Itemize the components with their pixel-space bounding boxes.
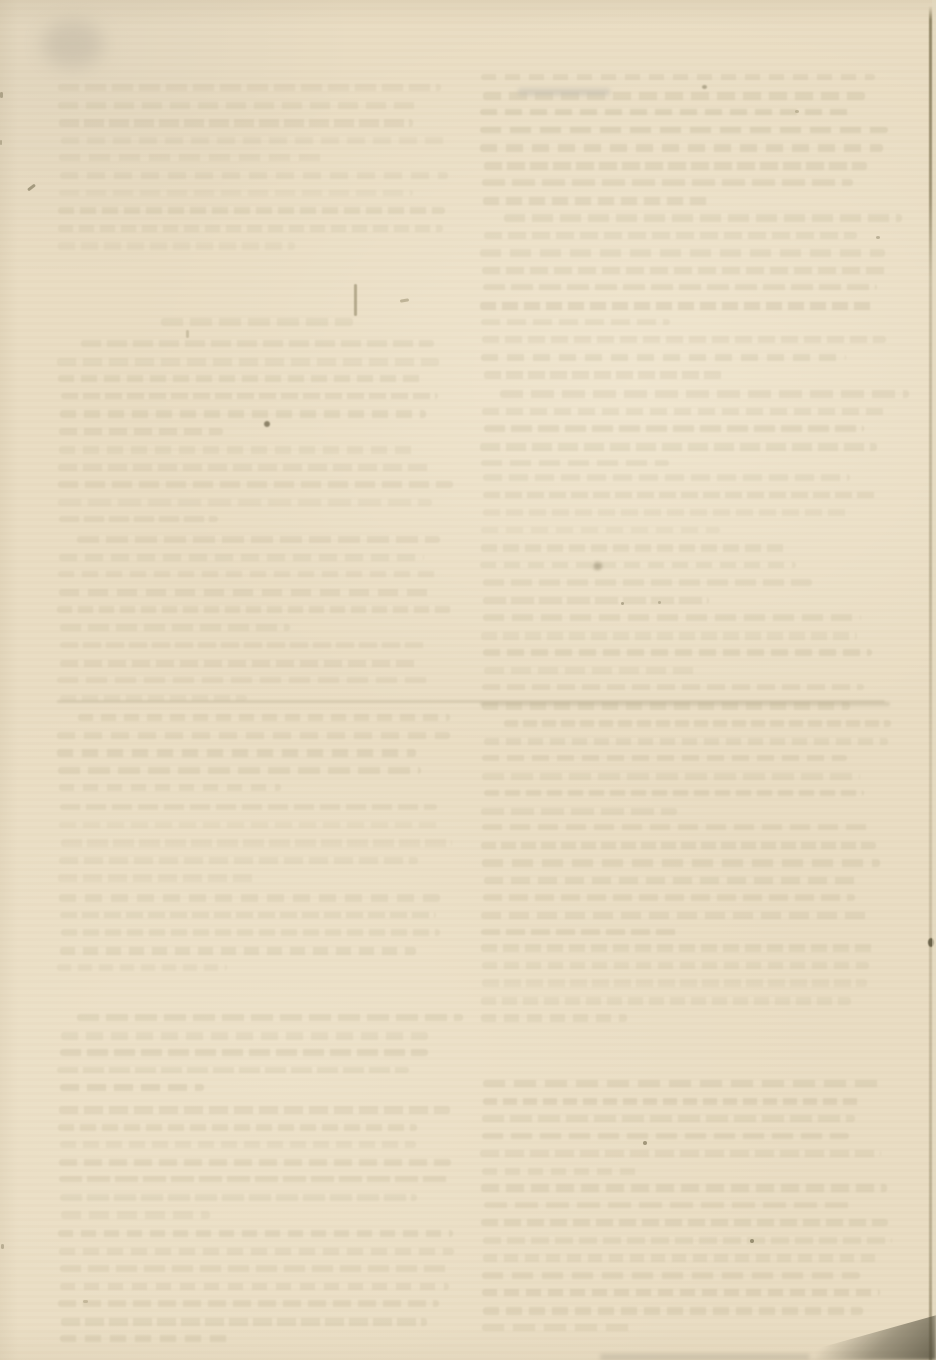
scan-smudge [42,20,104,68]
scan-speck [876,236,880,239]
scan-speck [643,1141,647,1145]
scan-smudge [593,562,602,570]
scan-speck [795,110,799,113]
scan-speck [658,601,661,604]
scan-speck [27,184,36,192]
scan-speck [400,298,409,303]
scan-streak [480,702,890,706]
scan-speck [750,1239,754,1243]
page-edge-line [929,6,932,1360]
scan-speck [83,1300,88,1303]
scan-artifact-layer [0,0,936,1360]
scanned-page [0,0,936,1360]
scan-speck [0,140,2,145]
scan-streak [518,88,610,96]
scan-speck [0,92,3,98]
page-edge-paper-strip [932,0,936,1360]
scan-speck [702,85,707,89]
scan-streak [600,1354,810,1360]
scan-stroke [354,284,357,316]
scan-speck [1,1244,4,1249]
scan-speck [621,602,624,605]
scan-speck [264,421,270,427]
scan-speck [186,330,189,338]
